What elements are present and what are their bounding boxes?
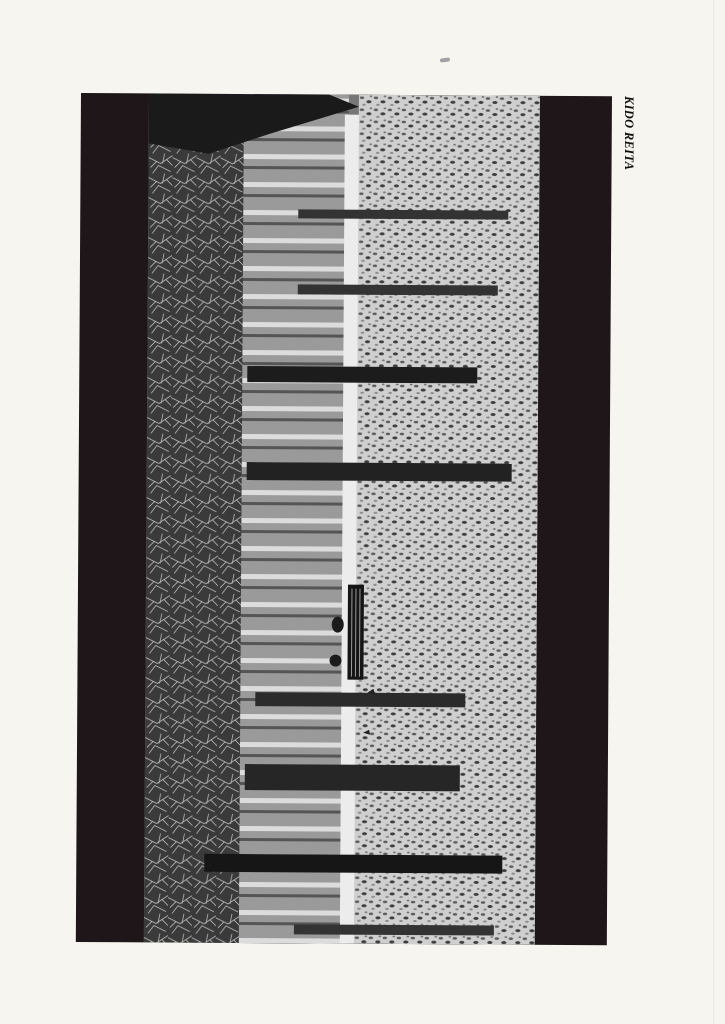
photographer-credit: KIDO REITA — [606, 96, 646, 196]
photo-frame — [76, 93, 612, 945]
park-photograph — [144, 93, 540, 944]
print-smudge — [440, 57, 450, 62]
caption-text: KIDO REITA — [621, 96, 636, 170]
page-edge — [713, 0, 714, 1024]
photo-illustration — [144, 93, 540, 944]
